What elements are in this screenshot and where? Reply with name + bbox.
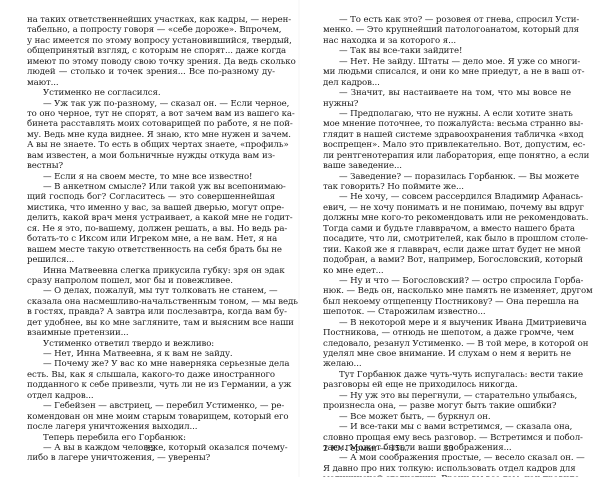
text-line: сказала она насмешливо-начальственным то… <box>27 297 275 307</box>
text-line: ли рентгенотерапия или лаборатория, еще … <box>323 151 571 161</box>
text-line: — Нет. Не зайду. Штаты — дело мое. Я уже… <box>323 57 571 67</box>
text-line: отдел кадров... <box>27 391 275 401</box>
page-number-left: 32 <box>145 444 156 454</box>
text-line: должны мне кого-то рекомендовать или не … <box>323 213 571 223</box>
text-line: шепоток. — Старожилам известно... <box>323 307 571 317</box>
page-number-right: 33 <box>443 444 454 454</box>
text-line: вашем месте такую ответственность на себ… <box>27 245 275 255</box>
text-line: — Гебейзен — австриец, — перебил Устимен… <box>27 401 275 411</box>
text-line: следовало, резанул Устименко. — В той ме… <box>323 339 571 349</box>
text-line: — Значит, вы настаиваете на том, что мы … <box>323 88 571 98</box>
text-line: решился... <box>27 255 275 265</box>
text-line: словно прощая ему весь разговор. — Встре… <box>323 433 571 443</box>
text-line: — Ну и что — Богословский? — остро спрос… <box>323 276 571 286</box>
text-line: произнесла она, — разве могут быть такие… <box>323 401 571 411</box>
text-line: Я давно про них толкую: использовать отд… <box>323 464 571 474</box>
text-line: имеют по этому поводу свою точку зрения.… <box>27 57 275 67</box>
text-line: дел кадров... <box>323 78 571 88</box>
text-line: был некоему отщепенцу Постникову? — Она … <box>323 297 571 307</box>
text-line: ся. Не я это, по-вашему, должен решать, … <box>27 224 275 234</box>
text-line: — В некоторой мере и я выученик Ивана Дм… <box>323 318 571 328</box>
text-line: вестны? <box>27 161 275 171</box>
text-line: подданного к себе привезли, чуть ли не и… <box>27 380 275 390</box>
text-line: — Заведение? — поразилась Горбанюк. — Вы… <box>323 172 571 182</box>
text-line: так говорить? Но поймите же... <box>323 182 571 192</box>
text-line: Постникова, — отнюдь не шепотом, а даже … <box>323 328 571 338</box>
text-line: глядит в нашей системе здравоохранения т… <box>323 130 571 140</box>
text-line: желаю... <box>323 359 571 369</box>
book-gutter <box>298 0 300 477</box>
text-line: после лагеря уничтожения выходил... <box>27 422 275 432</box>
text-line: — Если я на своем месте, то мне все изве… <box>27 172 275 182</box>
text-line: бинета расставлять моих сотоварищей по р… <box>27 119 275 129</box>
text-line: ми людьми списался, и они ко мне приедут… <box>323 67 571 77</box>
text-line: — Так вы все-таки зайдите! <box>323 46 571 56</box>
text-line: менко. — Это крупнейший патологоанатом, … <box>323 25 571 35</box>
text-line: Теперь перебила его Горбанюк: <box>27 433 275 443</box>
text-line: — А мои соображения простые, — весело ск… <box>323 453 571 463</box>
text-line: уделял мне свое внимание. И слухам о нем… <box>323 349 571 359</box>
text-line: вам известен, а мои больничные нужды отк… <box>27 151 275 161</box>
text-line: — О делах, пожалуй, мы тут толковать не … <box>27 286 275 296</box>
text-line: мое мнение поточнее, то пожалуйста: весь… <box>323 119 571 129</box>
text-line: — То есть как это? — розовея от гнева, с… <box>323 15 571 25</box>
text-line: Тут Горбанюк даже чуть-чуть испугалась: … <box>323 370 571 380</box>
text-line: то оно черное, тут не спорят, а вот заче… <box>27 109 275 119</box>
text-line: у нас имеется по этому вопросу установив… <box>27 36 275 46</box>
text-line: Устименко ответил твердо и вежливо: <box>27 339 275 349</box>
printer-signature-mark: 2 Ю. Герман — 1507 <box>323 444 410 453</box>
text-line: посадите, что ли, смотрителей, как было … <box>323 234 571 244</box>
text-line: му. Ведь мне куда виднее. Я знаю, кто мн… <box>27 130 275 140</box>
text-line: людей — столько и точек зрения... Все по… <box>27 67 275 77</box>
text-line: мистика, что именно у вас, за вашей двер… <box>27 203 275 213</box>
text-line: в гостях, правда? А завтра или послезавт… <box>27 307 275 317</box>
text-line: — Ну уж это вы перегнули, — старательно … <box>323 391 571 401</box>
text-line: либо в лагере уничтожения, — уверены? <box>27 453 275 463</box>
text-line: ко мне едет... <box>323 266 571 276</box>
text-line: воспрещен». Мало это привлекательно. Вот… <box>323 140 571 150</box>
text-line: на таких ответственнейших участках, как … <box>27 15 275 25</box>
text-line: — Не хочу, — совсем рассердился Владимир… <box>323 192 571 202</box>
text-line: — Предполагаю, что не нужны. А если хоти… <box>323 109 571 119</box>
left-page-text: на таких ответственнейших участках, как … <box>27 15 275 464</box>
text-line: ваше заведение... <box>323 161 571 171</box>
text-line: Тогда сами и будьте главврачом, а вместо… <box>323 224 571 234</box>
text-line: Устименко не согласился. <box>27 88 275 98</box>
text-line: Инна Матвеевна слегка прикусила губку: з… <box>27 266 275 276</box>
text-line: ботать-то с Иксом или Игреком мне, а не … <box>27 234 275 244</box>
text-line: сразу напролом пошел, мог бы и повежливе… <box>27 276 275 286</box>
text-line: евич, — не хочу понимать и не понимаю, п… <box>323 203 571 213</box>
text-line: нас находка и за которого я... <box>323 36 571 46</box>
text-line: — Нет, Инна Матвеевна, я к вам не зайду. <box>27 349 275 359</box>
text-line: А вы не знаете. То есть в общих чертах з… <box>27 140 275 150</box>
text-line: щий господь бог? Согласитесь — это совер… <box>27 192 275 202</box>
text-line: общепринятый взгляд, с которым не спорят… <box>27 46 275 56</box>
text-line: подобран, а вами? Вот, например, Богосло… <box>323 255 571 265</box>
text-line: есть. Вы, как я слышала, какого-то даже … <box>27 370 275 380</box>
text-line: мают... <box>27 78 275 88</box>
text-line: разговоры ей еще не приходилось никогда. <box>323 380 571 390</box>
text-line: — Почему же? У вас ко мне наверняка серь… <box>27 359 275 369</box>
text-line: комендован он мне моим старым товарищем,… <box>27 412 275 422</box>
text-line: табельно, а попросту говоря — «себе доро… <box>27 25 275 35</box>
right-page-text: — То есть как это? — розовея от гнева, с… <box>323 15 571 477</box>
text-line: — И все-таки мы с вами встретимся, — ска… <box>323 422 571 432</box>
text-line: — Все может быть, — буркнул он. <box>323 412 571 422</box>
text-line: делить, какой врач меня устраивает, а ка… <box>27 213 275 223</box>
text-line: взаимные претензии... <box>27 328 275 338</box>
text-line: нужны? <box>323 99 571 109</box>
text-line: — В анкетном смысле? Или такой уж вы все… <box>27 182 275 192</box>
text-line: тии. Какой же я главврач, если даже штат… <box>323 245 571 255</box>
text-line: — Уж так уж по-разному, — сказал он. — Е… <box>27 99 275 109</box>
text-line: дет удобнее, вы ко мне загляните, там и … <box>27 318 275 328</box>
text-line: нюк. — Ведь он, насколько мне память не … <box>323 286 571 296</box>
